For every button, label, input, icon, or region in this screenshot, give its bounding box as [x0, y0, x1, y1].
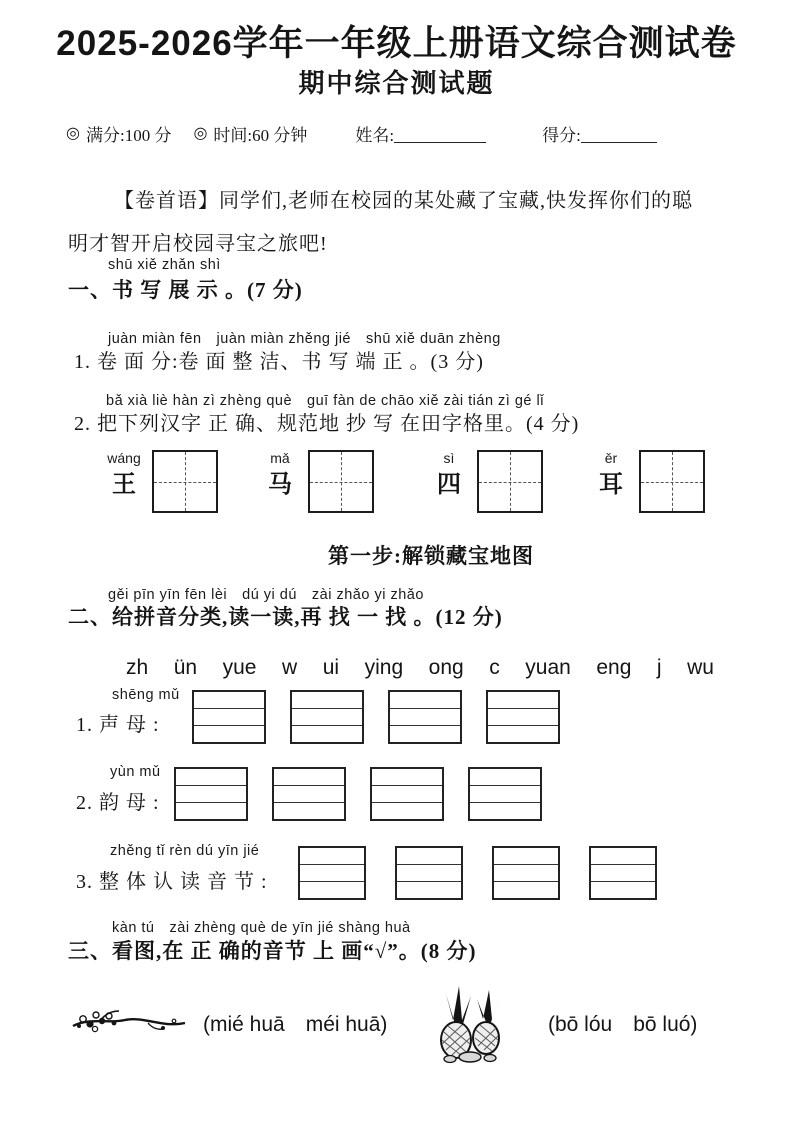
- row-1-label: 1. 声 母 :: [76, 708, 160, 737]
- score-blank[interactable]: [581, 124, 657, 143]
- name-blank[interactable]: [394, 124, 486, 143]
- item-2-text: 2. 把下列汉字 正 确、规范地 抄 写 在田字格里。(4 分): [74, 407, 579, 436]
- name-group: 姓名:: [355, 121, 486, 146]
- intro-paragraph: 【卷首语】同学们,老师在校园的某处藏了宝藏,快发挥你们的聪 明才智开启校园寻宝之…: [68, 180, 693, 266]
- pinyin-write-box[interactable]: [298, 846, 366, 900]
- pinyin-write-box[interactable]: [492, 846, 560, 900]
- score-group: 得分:: [542, 121, 657, 146]
- tianzige-entry: mǎ 马: [258, 450, 374, 513]
- character-label: mǎ 马: [258, 450, 302, 499]
- syllable-item: yue: [223, 656, 257, 680]
- tianzige-entry: ěr 耳: [589, 450, 705, 513]
- meta-info-row: ◎ 满分:100 分 ◎ 时间:60 分钟 姓名: 得分:: [66, 121, 679, 146]
- syllable-item: ün: [174, 656, 197, 680]
- syllable-item: j: [657, 656, 662, 680]
- tianzige-grid[interactable]: [152, 450, 218, 513]
- character-glyph: 马: [258, 464, 302, 499]
- section-3-title: 三、看图,在 正 确的音节 上 画“√”。(8 分): [68, 935, 477, 965]
- grid-dashed-horizontal: [154, 482, 216, 483]
- tianzige-grid[interactable]: [477, 450, 543, 513]
- row-1-write-boxes: [192, 690, 560, 744]
- tianzige-entry: sì 四: [427, 450, 543, 513]
- page-subtitle: 期中综合测试题: [0, 63, 793, 100]
- pinyin-write-box[interactable]: [388, 690, 462, 744]
- pinyin-write-box[interactable]: [290, 690, 364, 744]
- syllable-item: zh: [126, 656, 148, 680]
- row-2-write-boxes: [174, 767, 542, 821]
- row-2-pinyin: yùn mǔ: [110, 764, 161, 780]
- pinyin-write-box[interactable]: [174, 767, 248, 821]
- full-score-label: 满分:100 分: [86, 121, 171, 146]
- syllable-item: ying: [365, 656, 404, 680]
- item-1-text: 1. 卷 面 分:卷 面 整 洁、书 写 端 正 。(3 分): [74, 345, 484, 374]
- pinyin-write-box[interactable]: [395, 846, 463, 900]
- syllable-item: wu: [687, 656, 714, 680]
- syllable-item: ong: [429, 656, 464, 680]
- section-2-title: 二、给拼音分类,读一读,再 找 一 找 。(12 分): [68, 601, 503, 631]
- name-label: 姓名:: [355, 121, 394, 146]
- worksheet-page: 2025-2026学年一年级上册语文综合测试卷 期中综合测试题 ◎ 满分:100…: [0, 0, 793, 1122]
- grid-dashed-horizontal: [641, 482, 703, 483]
- grid-dashed-horizontal: [310, 482, 372, 483]
- character-glyph: 耳: [589, 464, 633, 499]
- section-1-title: 一、书 写 展 示 。(7 分): [68, 274, 303, 304]
- page-title: 2025-2026学年一年级上册语文综合测试卷: [0, 16, 793, 66]
- syllable-item: yuan: [525, 656, 571, 680]
- pinyin-write-box[interactable]: [192, 690, 266, 744]
- row-3-pinyin: zhěng tǐ rèn dú yīn jié: [110, 843, 259, 859]
- score-label: 得分:: [542, 121, 581, 146]
- character-label: ěr 耳: [589, 450, 633, 499]
- character-glyph: 四: [427, 464, 471, 499]
- pinyin-write-box[interactable]: [370, 767, 444, 821]
- syllable-item: ui: [323, 656, 339, 680]
- syllable-item: eng: [596, 656, 631, 680]
- bullseye-icon: ◎: [66, 126, 80, 142]
- intro-line-1: 【卷首语】同学们,老师在校园的某处藏了宝藏,快发挥你们的聪: [68, 180, 693, 223]
- section-3-pinyin: kàn tú zài zhèng què de yīn jié shàng hu…: [112, 916, 411, 937]
- character-label: sì 四: [427, 450, 471, 499]
- plum-blossom-image: [70, 998, 188, 1046]
- row-3-write-boxes: [298, 846, 657, 900]
- character-glyph: 王: [102, 464, 146, 499]
- row-1-pinyin: shēng mǔ: [112, 687, 180, 703]
- syllable-item: w: [282, 656, 297, 680]
- option-text[interactable]: (bō lóu bō luó): [548, 1008, 697, 1038]
- option-text[interactable]: (mié huā méi huā): [203, 1008, 387, 1038]
- pinyin-write-box[interactable]: [589, 846, 657, 900]
- bullseye-icon: ◎: [193, 126, 207, 142]
- tianzige-grid[interactable]: [308, 450, 374, 513]
- time-label: 时间:60 分钟: [213, 121, 307, 146]
- row-2-label: 2. 韵 母 :: [76, 786, 160, 815]
- grid-dashed-horizontal: [479, 482, 541, 483]
- syllable-row: zh ün yue w ui ying ong c yuan eng j wu: [126, 656, 714, 680]
- full-score-item: ◎ 满分:100 分: [66, 121, 171, 146]
- time-item: ◎ 时间:60 分钟: [193, 121, 307, 146]
- pinyin-write-box[interactable]: [468, 767, 542, 821]
- pinyin-write-box[interactable]: [486, 690, 560, 744]
- pineapple-image: [432, 982, 510, 1064]
- tianzige-entry: wáng 王: [102, 450, 218, 513]
- syllable-item: c: [489, 656, 500, 680]
- step-banner: 第一步:解锁藏宝地图: [328, 540, 534, 570]
- section-1-pinyin: shū xiě zhǎn shì: [108, 257, 221, 273]
- pinyin-write-box[interactable]: [272, 767, 346, 821]
- character-label: wáng 王: [102, 450, 146, 499]
- tianzige-grid[interactable]: [639, 450, 705, 513]
- row-3-label: 3. 整 体 认 读 音 节 :: [76, 865, 268, 894]
